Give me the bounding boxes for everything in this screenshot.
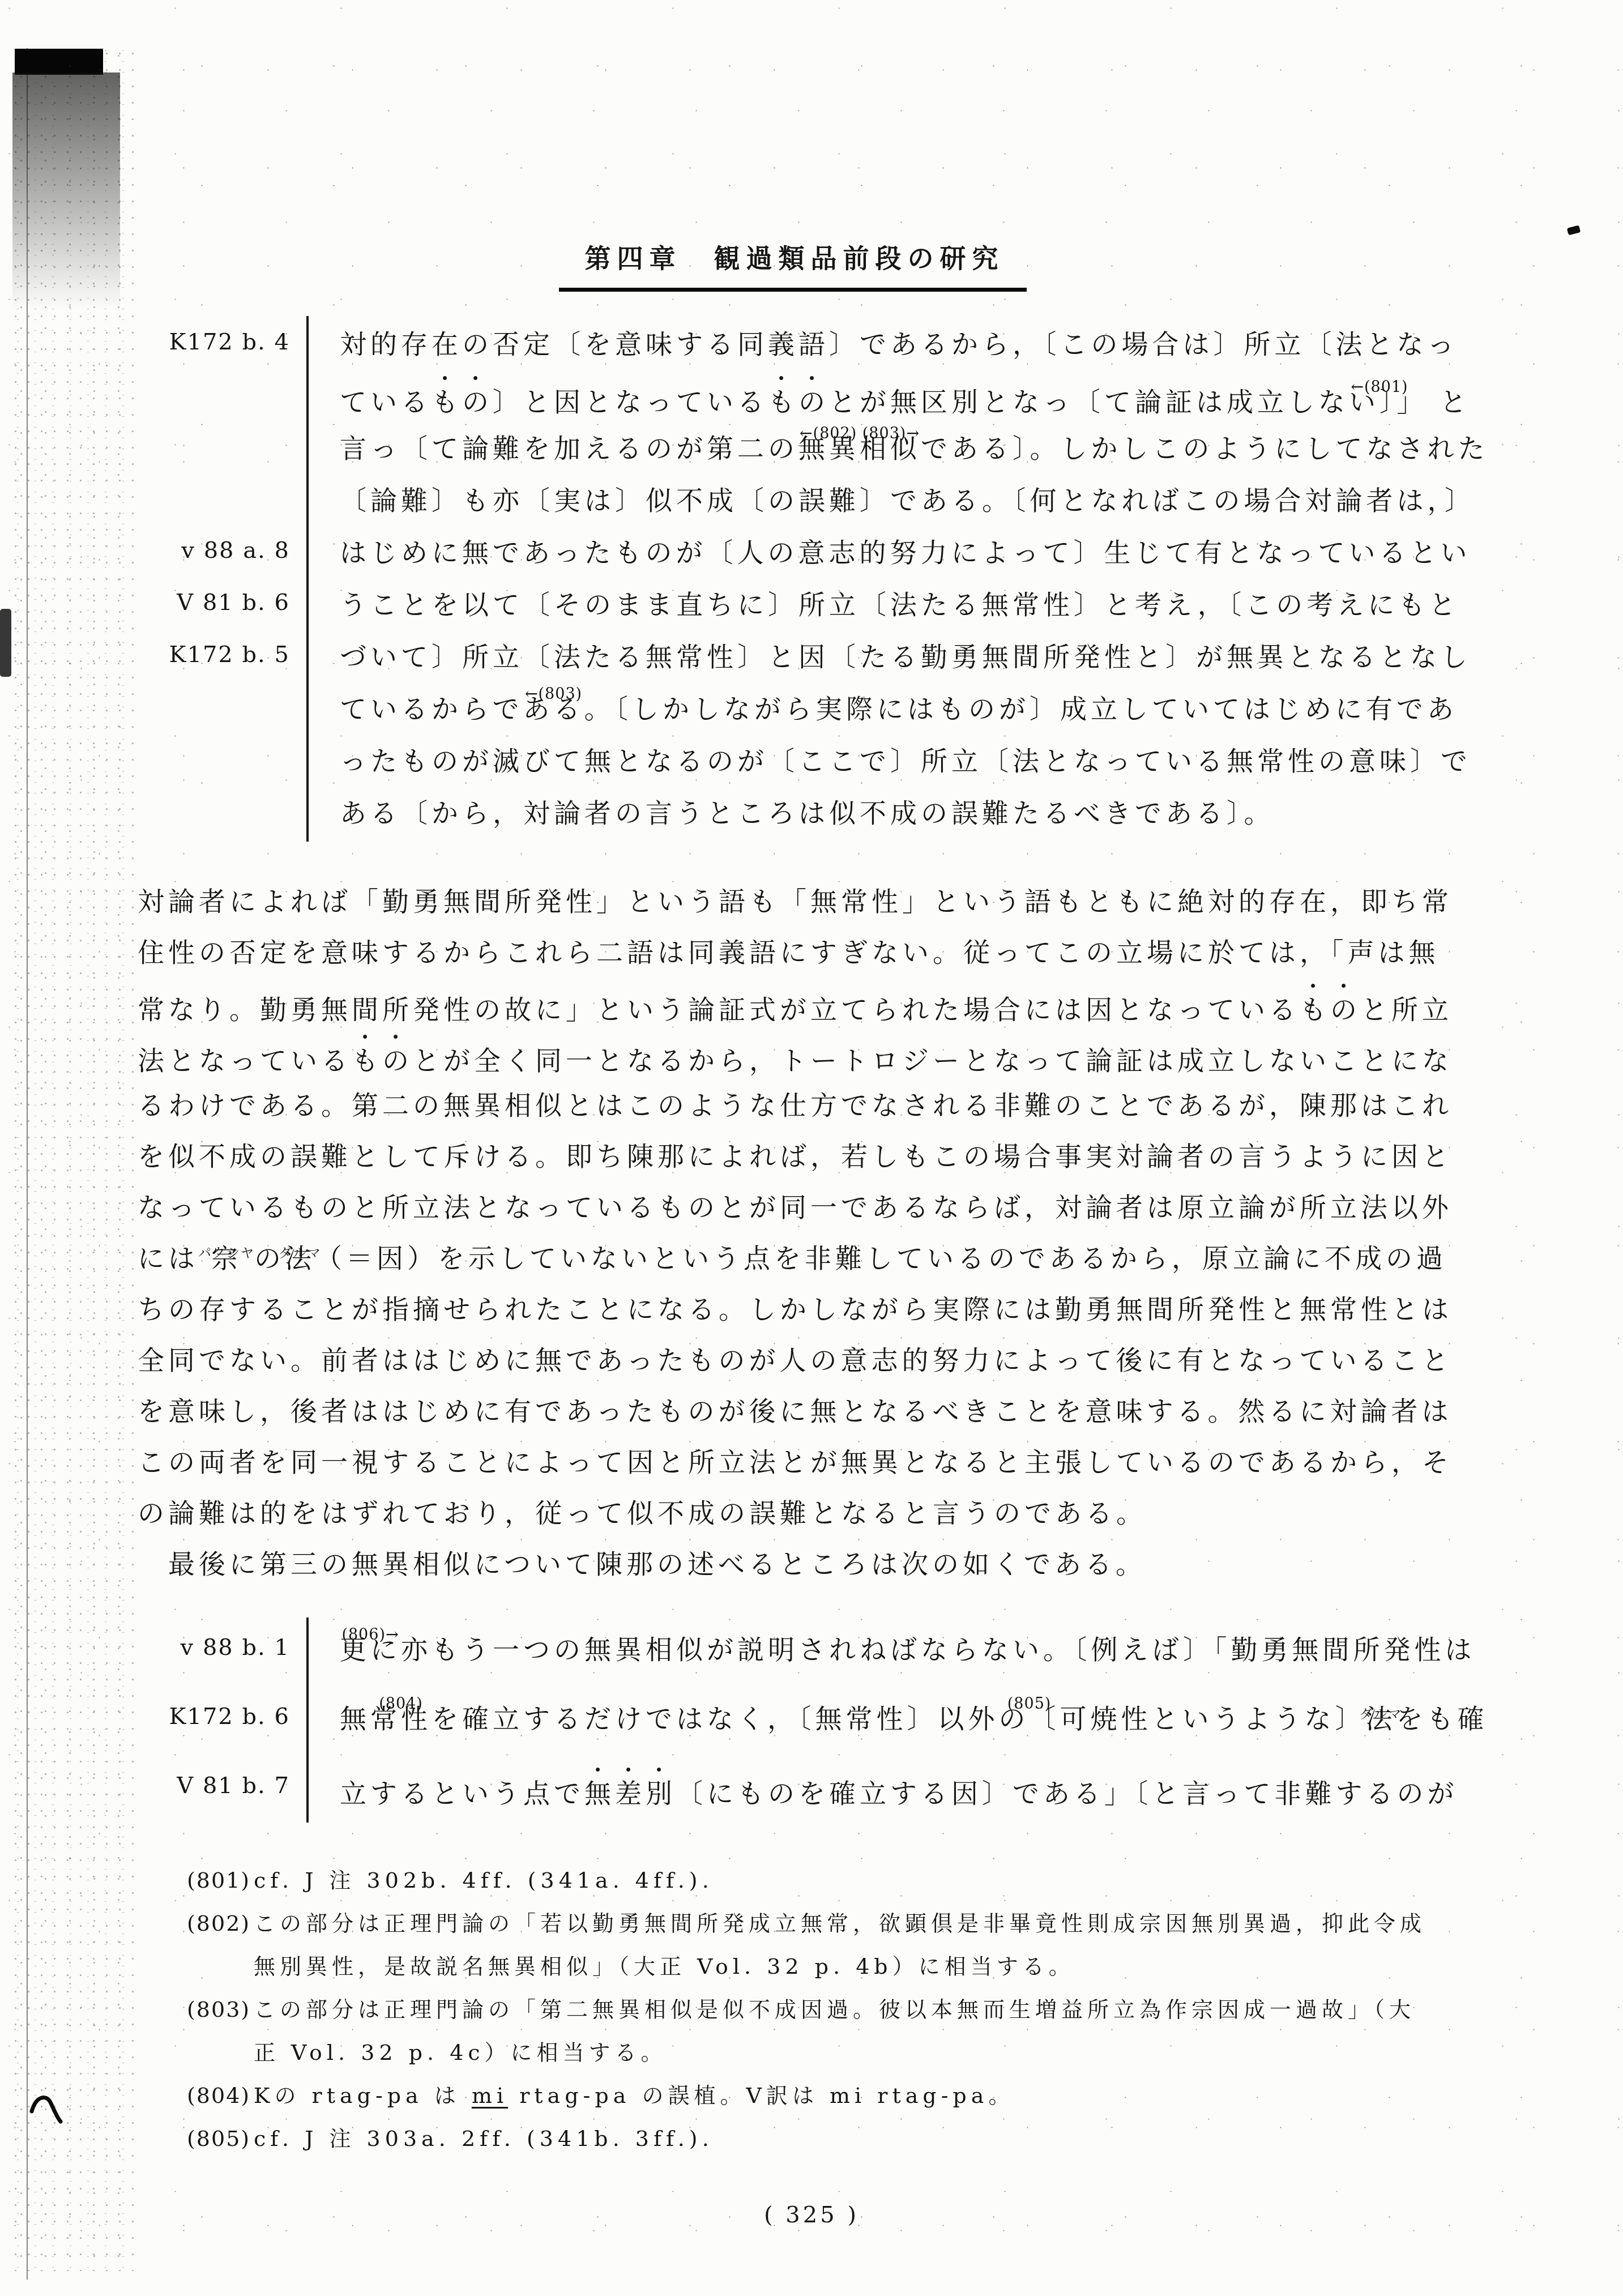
scan-artifact-top-right — [1567, 225, 1581, 236]
text-segment: この部分は正理門論の「第二無異相似是似不成因過。彼以本無而生増益所立為作宗因成一… — [254, 1997, 1415, 2022]
text-line: を意味し，後者ははじめに有であったものが後に無となるべきことを意味する。然るに対… — [138, 1386, 1508, 1437]
text-line: るわけである。第二の無異相似とはこのような仕方でなされる非難のことであるが，陳那… — [138, 1081, 1508, 1132]
ref-annotation-text: ←(802) (803)→ — [800, 408, 920, 460]
margin-ref-label: K172 b. 4 — [142, 329, 290, 355]
text-line: 住性の否定を意味するからこれら二語は同義語にすぎない。従ってこの立場に於ては，「… — [138, 928, 1508, 979]
text-segment: 法となっている — [138, 1045, 352, 1077]
text-segment: Kの rtag-pa は — [254, 2083, 472, 2108]
margin-ref-label: K172 b. 5 — [142, 642, 290, 668]
quote-rule-1 — [306, 316, 309, 842]
text-segment: 性を確立するだけではなく，〔無常性〕以外の — [401, 1704, 1030, 1735]
text-segment: とが全く同一となるから，トートロジーとなって論証は成立しないことにな — [413, 1045, 1453, 1077]
text-segment: るわけである。第二の無異相似とはこのような仕方でなされる非難のことであるが，陳那… — [138, 1090, 1453, 1121]
text-segment: 〔可焼性というような〕 — [1030, 1704, 1366, 1735]
text-line: を似不成の誤難として斥ける。即ち陳那によれば，若しもこの場合事実対論者の言うよう… — [138, 1132, 1508, 1183]
footnote-number: (802) — [187, 1902, 254, 1945]
margin-ref-label: v 88 a. 8 — [142, 537, 290, 564]
footnote-line: (805)cf. J 注 303a. 2ff. (341b. 3ff.). — [187, 2117, 1506, 2160]
ref-annotation-text: (805) — [1007, 1678, 1052, 1730]
scan-artifact-left-edge — [0, 609, 11, 677]
text-segment: ているからであ — [340, 694, 554, 725]
text-segment: 言っ〔て論難を加えるのが第二の無異 — [340, 433, 860, 464]
text-segment: （＝因）を示していないという点を非難しているのであるから，原立論に不成の過 — [315, 1243, 1447, 1274]
emphasized-text: もの — [432, 387, 493, 418]
footnote-number: (804) — [187, 2074, 254, 2117]
footnote-line: (801)cf. J 注 302b. 4ff. (341a. 4ff.). — [187, 1859, 1506, 1902]
text-segment: うことを以て〔そのまま直ちに〕所立〔法たる無常性〕と考え，〔この考えにもと — [340, 590, 1459, 621]
text-segment: はじめに無であったものが〔人の意志的努力によって〕生じて有となっているとい — [340, 537, 1471, 569]
heading-underline — [559, 288, 1027, 292]
text-segment: 常なり。勤勇無間所発性の故に」という論証式が立てられた場合には因となっている — [138, 995, 1300, 1026]
margin-ref-label: V 81 b. 7 — [142, 1773, 290, 1799]
text-line: の論難は的をはずれており，従って似不成の誤難となると言うのである。 — [138, 1488, 1508, 1539]
ruby-gloss: ダルマ — [279, 1228, 321, 1279]
text-segment: ちの存することが指摘せられたことになる。しかしながら実際には勤勇無間所発性と無常… — [138, 1294, 1453, 1325]
ruby-gloss: ダルマ — [1360, 1688, 1402, 1740]
scan-artifact-curl — [29, 2092, 69, 2132]
scan-noise-band — [9, 45, 134, 2271]
text-segment: この部分は正理門論の「若以勤勇無間所発成立無常，欲顕倶是非畢竟性則成宗因無別異過… — [254, 1911, 1426, 1936]
footnote-line: (804)Kの rtag-pa は mi rtag-pa の誤植。V訳は mi … — [187, 2074, 1506, 2117]
text-line: づいて〕所立〔法たる無常性〕と因〔たる勤勇無間所発性と〕が無異となるとなし — [340, 631, 1501, 684]
margin-ref-label: V 81 b. 6 — [142, 590, 290, 616]
text-segment: 対的存在の否定〔を意味する同義語〕であるから，〔この場合は〕所立〔法となっ — [340, 329, 1458, 360]
text-segment: 相似である〕。しかしこのようにしてなされた — [860, 433, 1489, 464]
text-segment: に亦もう一つの無異相似が説明されねばならない。〔例えば〕「勤勇無間所発性は — [370, 1634, 1475, 1666]
margin-ref-label: K172 b. 6 — [142, 1704, 290, 1730]
text-segment: cf. J 注 302b. 4ff. (341a. 4ff.). — [254, 1868, 714, 1893]
text-line: ているもの〕と因となっているものとが無区別となっ〔て論証は成立しない←(801)… — [340, 371, 1501, 423]
underlined-text: mi — [472, 2083, 508, 2108]
text-line: ているからであ←(803)る。〔しかしながら実際にはものが〕成立していてはじめに… — [340, 684, 1501, 736]
ruby-gloss: パクシヤ — [198, 1228, 255, 1279]
text-segment: ったものが滅びて無となるのが〔ここで〕所立〔法となっている無常性の意味〕で — [340, 746, 1471, 777]
text-segment: 正 Vol. 32 p. 4c）に相当する。 — [254, 2040, 667, 2065]
text-segment: 〕と因となっている — [493, 387, 768, 418]
text-segment: ある〔から，対論者の言うところは似不成の誤難たるべきである〕。 — [340, 798, 1275, 829]
chapter-heading: 第四章 観過類品前段の研究 — [557, 238, 1032, 275]
scan-artifact-blob-top-left — [15, 49, 103, 75]
text-line: 最後に第三の無異相似について陳那の述べるところは次の如くである。 — [138, 1539, 1508, 1590]
text-line: ある〔から，対論者の言うところは似不成の誤難たるべきである〕。 — [340, 788, 1501, 840]
text-line: はじめに無であったものが〔人の意志的努力によって〕生じて有となっているとい — [340, 527, 1501, 579]
text-segment: 最後に第三の無異相似について陳那の述べるところは次の如くである。 — [138, 1549, 1146, 1580]
text-line: 〔論難〕も亦〔実は〕似不成〔の誤難〕である。〔何となればこの場合対論者は，〕 — [340, 475, 1501, 527]
text-segment: る。〔しかしながら実際にはものが〕成立していてはじめに有であ — [554, 694, 1458, 725]
quote-rule-2 — [306, 1618, 309, 1823]
ruby-base: ダルマ法 — [1366, 1704, 1396, 1735]
commentary-paragraph: 対論者によれば「勤勇無間所発性」という語も「無常性」という語もともに絶対的存在，… — [138, 877, 1508, 1590]
scan-artifact-fade — [12, 72, 120, 310]
text-segment: をも確 — [1396, 1704, 1488, 1735]
footnotes-section: (801)cf. J 注 302b. 4ff. (341a. 4ff.).(80… — [187, 1859, 1506, 2160]
text-segment: 無別異性，是故説名無異相似」（大正 Vol. 32 p. 4b）に相当する。 — [254, 1954, 1075, 1979]
text-line: 全同でない。前者ははじめに無であったものが人の意志的努力によって後に有となってい… — [138, 1335, 1508, 1386]
text-segment: 立するという点で — [340, 1778, 584, 1810]
ref-annotation-text: (804) — [379, 1678, 423, 1730]
footnote-number: (805) — [187, 2117, 254, 2160]
text-segment: の論難は的をはずれており，従って似不成の誤難となると言うのである。 — [138, 1498, 1147, 1529]
text-line: なっているものと所立法となっているものとが同一であるならば，対論者は原立論が所立… — [138, 1183, 1508, 1234]
quote-block-1: 対的存在の否定〔を意味する同義語〕であるから，〔この場合は〕所立〔法となっている… — [340, 319, 1501, 840]
text-line: 言っ〔て論難を加えるのが第二の無異←(802) (803)→相似である〕。しかし… — [340, 423, 1501, 475]
quote-block-2: 更(806)→に亦もう一つの無異相似が説明されねばならない。〔例えば〕「勤勇無間… — [340, 1624, 1501, 1832]
ref-annotation-text: ←(801) — [1351, 361, 1408, 413]
footnote-line: (802)この部分は正理門論の「若以勤勇無間所発成立無常，欲顕倶是非畢竟性則成宗… — [187, 1902, 1506, 1945]
text-line: 更(806)→に亦もう一つの無異相似が説明されねばならない。〔例えば〕「勤勇無間… — [340, 1624, 1501, 1676]
text-segment: 〔論難〕も亦〔実は〕似不成〔の誤難〕である。〔何となればこの場合対論者は，〕 — [340, 485, 1475, 517]
text-segment: rtag-pa の誤植。V訳は mi rtag-pa。 — [508, 2083, 1014, 2108]
text-segment: 〔にものを確立する因〕である」〔と言って非難するのが — [676, 1778, 1458, 1810]
margin-ref-label: v 88 b. 1 — [142, 1634, 290, 1661]
ref-annotation-text: ←(803) — [525, 668, 582, 720]
text-segment: なっているものと所立法となっているものとが同一であるならば，対論者は原立論が所立… — [138, 1192, 1453, 1223]
text-line: には パクシヤ宗 のダルマ法（＝因）を示していないという点を非難しているのである… — [138, 1234, 1508, 1284]
text-line: この両者を同一視することによって因と所立法とが無異となると主張しているのであるか… — [138, 1437, 1508, 1488]
text-line: 法となっているものとが全く同一となるから，トートロジーとなって論証は成立しないこ… — [138, 1030, 1508, 1081]
footnote-line: (803)この部分は正理門論の「第二無異相似是似不成因過。彼以本無而生増益所立為… — [187, 1988, 1506, 2031]
text-line: 無常(804)性を確立するだけではなく，〔無常性〕以外の(805)〔可焼性という… — [340, 1693, 1501, 1746]
text-line: 対論者によれば「勤勇無間所発性」という語も「無常性」という語もともに絶対的存在，… — [138, 877, 1508, 928]
emphasized-text: 無差別 — [584, 1778, 676, 1810]
text-segment: 全同でない。前者ははじめに無であったものが人の意志的努力によって後に有となってい… — [138, 1345, 1453, 1376]
emphasized-text: もの — [352, 1045, 413, 1077]
text-segment: ている — [340, 387, 432, 418]
text-segment: 住性の否定を意味するからこれら二語は同義語にすぎない。従ってこの立場に於ては，「… — [138, 937, 1440, 968]
ruby-base: パクシヤ宗 — [211, 1243, 242, 1274]
footnote-number: (801) — [187, 1859, 254, 1902]
scanned-page: 第四章 観過類品前段の研究 対的存在の否定〔を意味する同義語〕であるから，〔この… — [0, 0, 1623, 2296]
footnote-line: 無別異性，是故説名無異相似」（大正 Vol. 32 p. 4b）に相当する。 — [187, 1945, 1506, 1988]
text-segment: づいて〕所立〔法たる無常性〕と因〔たる勤勇無間所発性と〕が無異となるとなし — [340, 642, 1471, 673]
text-segment: を意味し，後者ははじめに有であったものが後に無となるべきことを意味する。然るに対… — [138, 1396, 1453, 1427]
page-number: ( 325 ) — [0, 2202, 1623, 2228]
footnote-number: (803) — [187, 1988, 254, 2031]
binding-line-artifact — [27, 48, 28, 2280]
ref-annotation-text: (806)→ — [341, 1609, 399, 1661]
text-line: 立するという点で無差別〔にものを確立する因〕である」〔と言って非難するのが — [340, 1762, 1501, 1815]
text-line: うことを以て〔そのまま直ちに〕所立〔法たる無常性〕と考え，〔この考えにもと — [340, 579, 1501, 631]
footnote-line: 正 Vol. 32 p. 4c）に相当する。 — [187, 2031, 1506, 2074]
text-line: 常なり。勤勇無間所発性の故に」という論証式が立てられた場合には因となっているもの… — [138, 979, 1508, 1030]
text-segment: と所立 — [1361, 995, 1453, 1026]
text-segment: この両者を同一視することによって因と所立法とが無異となると主張しているのであるか… — [138, 1447, 1453, 1478]
emphasized-text: もの — [1300, 995, 1361, 1026]
text-segment: 対論者によれば「勤勇無間所発性」という語も「無常性」という語もともに絶対的存在，… — [138, 886, 1453, 917]
text-line: 対的存在の否定〔を意味する同義語〕であるから，〔この場合は〕所立〔法となっ — [340, 319, 1501, 371]
text-segment: cf. J 注 303a. 2ff. (341b. 3ff.). — [254, 2126, 714, 2151]
text-segment: を似不成の誤難として斥ける。即ち陳那によれば，若しもこの場合事実対論者の言うよう… — [138, 1141, 1453, 1172]
ruby-base: ダルマ法 — [285, 1243, 315, 1274]
text-line: ったものが滅びて無となるのが〔ここで〕所立〔法となっている無常性の意味〕で — [340, 736, 1501, 788]
text-line: ちの存することが指摘せられたことになる。しかしながら実際には勤勇無間所発性と無常… — [138, 1284, 1508, 1335]
